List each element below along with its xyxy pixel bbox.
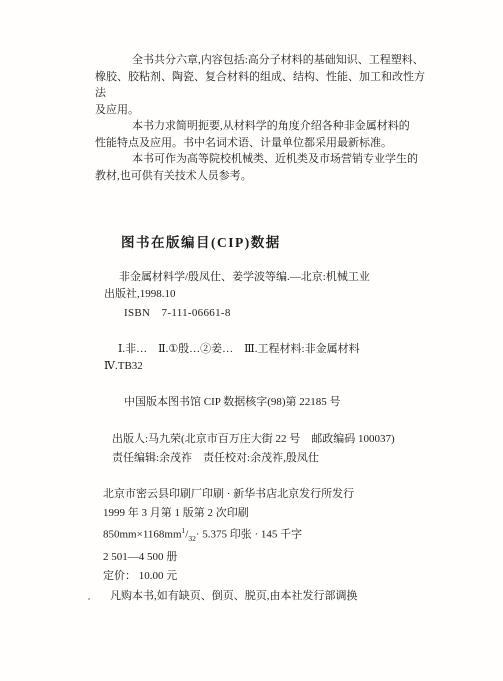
format-fraction-denominator: 32 <box>188 534 196 543</box>
cip-registry-number: 中国版本图书馆 CIP 数据核字(98)第 22185 号 <box>124 393 341 409</box>
intro-paragraph-2: 本书力求简明扼要,从材料学的角度介绍各种非金属材料的 性能特点及应用。书中名词术… <box>95 118 431 151</box>
price-line: 定价： 10.00 元 <box>103 567 443 586</box>
scan-speck <box>88 598 90 600</box>
editors-line: 责任编辑:余茂祚 责任校对:余茂祚,殷凤仕 <box>112 449 452 468</box>
format-size: 850mm×1168mm <box>103 529 182 541</box>
book-copyright-page: 全书共分六章,内容包括:高分子材料的基础知识、工程塑料、 橡胶、胶粘剂、陶瓷、复… <box>0 0 503 681</box>
printing-section: 北京市密云县印刷厂印刷 · 新华书店北京发行所发行 1999 年 3 月第 1 … <box>103 485 443 585</box>
printer-line: 北京市密云县印刷厂印刷 · 新华书店北京发行所发行 <box>103 485 443 504</box>
replacement-notice: 凡购本书,如有缺页、倒页、脱页,由本社发行部调换 <box>110 587 470 603</box>
publication-section: 出版人:马九荣(北京市百万庄大街 22 号 邮政编码 100037) 责任编辑:… <box>112 430 452 468</box>
intro-paragraph-1: 全书共分六章,内容包括:高分子材料的基础知识、工程塑料、 橡胶、胶粘剂、陶瓷、复… <box>95 52 431 118</box>
format-sheets-words: · 5.375 印张 · 145 千字 <box>196 529 302 541</box>
intro-paragraph-3: 本书可作为高等院校机械类、近机类及市场营销专业学生的 教材,也可供有关技术人员参… <box>95 151 431 184</box>
publisher-line: 出版人:马九荣(北京市百万庄大街 22 号 邮政编码 100037) <box>112 430 452 449</box>
edition-line: 1999 年 3 月第 1 版第 2 次印刷 <box>103 504 443 523</box>
isbn-line: ISBN 7-111-06661-8 <box>124 304 231 320</box>
cip-entry: 非金属材料学/殷凤仕、姜学波等编.—北京:机械工业 出版社,1998.10 <box>104 269 440 303</box>
format-line: 850mm×1168mm1/32· 5.375 印张 · 145 千字 <box>103 522 443 548</box>
cip-heading: 图书在版编目(CIP)数据 <box>121 231 281 251</box>
cip-classification: Ⅰ.非… Ⅱ.①殷…②姜… Ⅲ.工程材料:非金属材料 Ⅳ.TB32 <box>104 341 440 375</box>
intro-section: 全书共分六章,内容包括:高分子材料的基础知识、工程塑料、 橡胶、胶粘剂、陶瓷、复… <box>95 52 431 184</box>
print-run-line: 2 501—4 500 册 <box>103 548 443 567</box>
